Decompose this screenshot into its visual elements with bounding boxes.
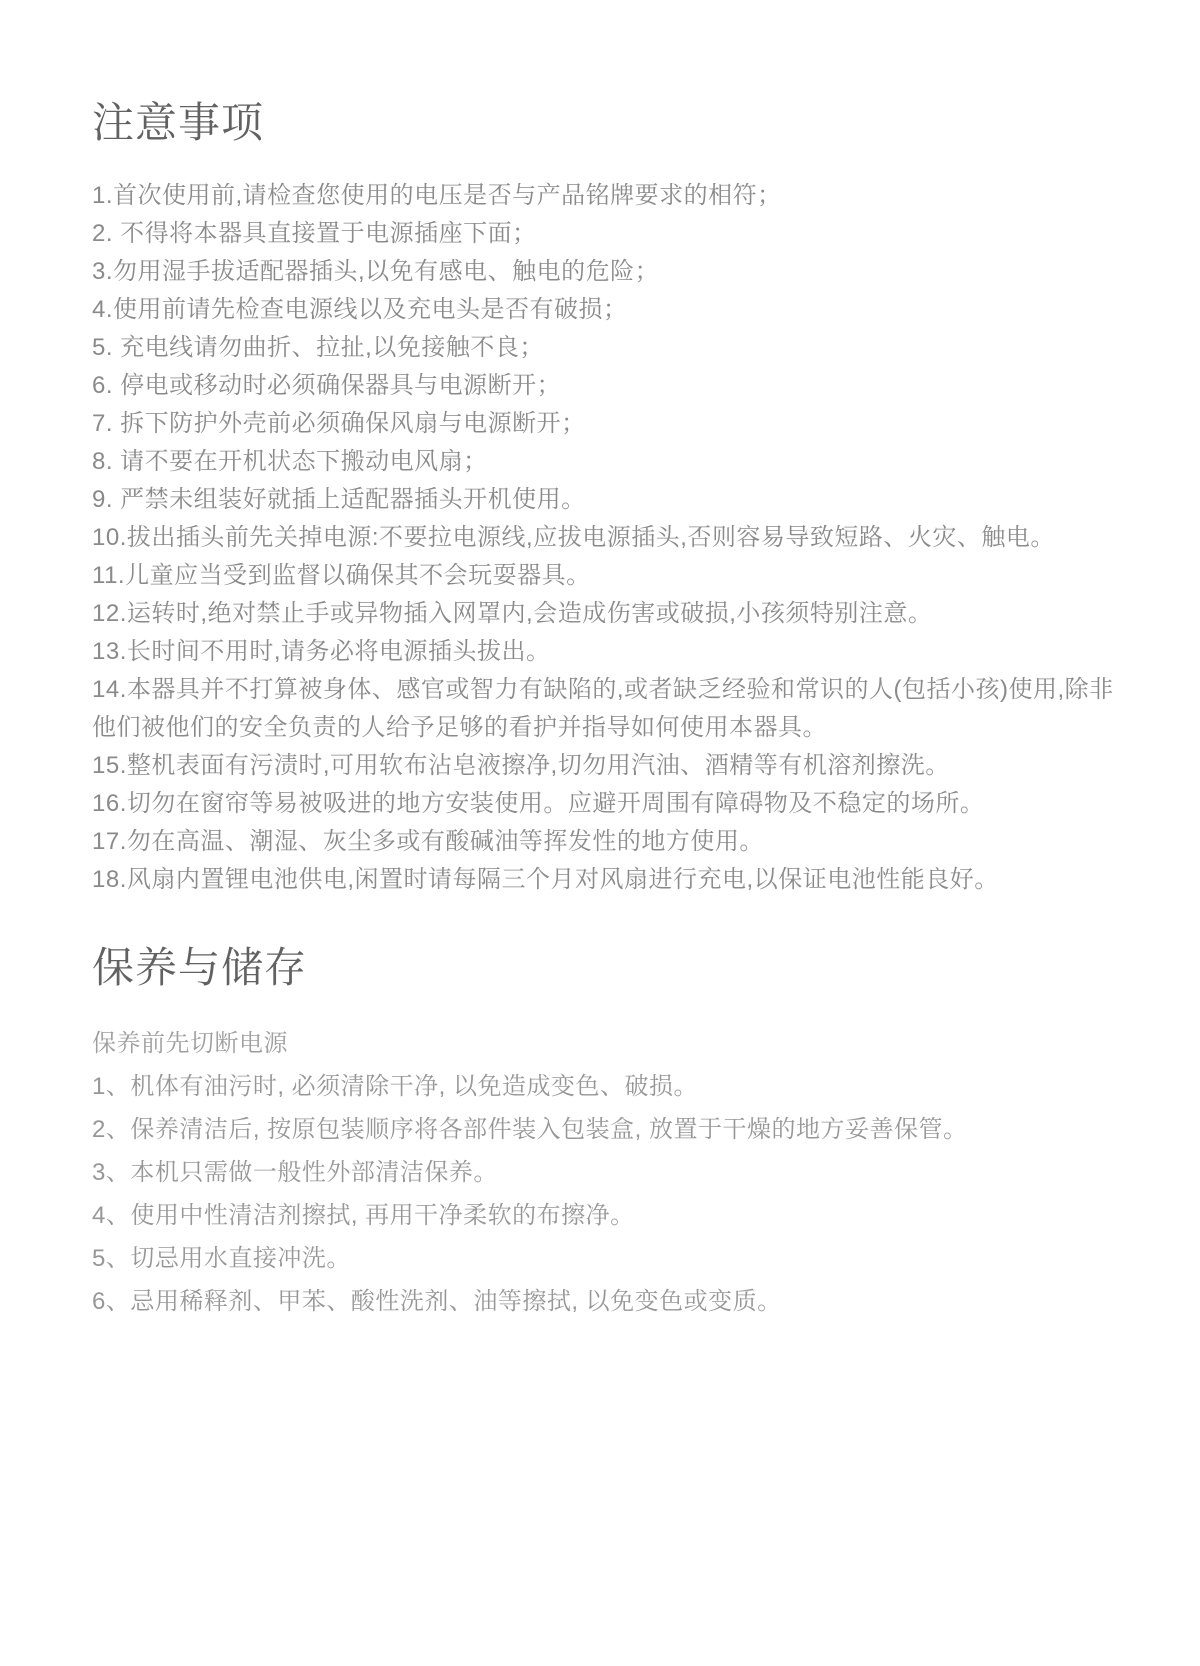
maintenance-title: 保养与储存 — [92, 945, 1132, 991]
maintenance-item: 6、忌用稀释剂、甲苯、酸性洗剂、油等擦拭, 以免变色或变质。 — [92, 1280, 1132, 1323]
precaution-item: 14.本器具并不打算被身体、感官或智力有缺陷的,或者缺乏经验和常识的人(包括小孩… — [92, 671, 1132, 747]
precaution-item: 10.拔出插头前先关掉电源:不要拉电源线,应拔电源插头,否则容易导致短路、火灾、… — [92, 519, 1132, 557]
precaution-item: 2. 不得将本器具直接置于电源插座下面； — [92, 215, 1132, 253]
maintenance-intro: 保养前先切断电源 — [92, 1022, 1132, 1065]
precaution-item: 15.整机表面有污渍时,可用软布沾皂液擦净,切勿用汽油、酒精等有机溶剂擦洗。 — [92, 747, 1132, 785]
precaution-item: 5. 充电线请勿曲折、拉扯,以免接触不良； — [92, 329, 1132, 367]
maintenance-item: 5、切忌用水直接冲洗。 — [92, 1237, 1132, 1280]
precaution-item: 13.长时间不用时,请务必将电源插头拔出。 — [92, 633, 1132, 671]
maintenance-item: 4、使用中性清洁剂擦拭, 再用干净柔软的布擦净。 — [92, 1194, 1132, 1237]
precaution-item: 6. 停电或移动时必须确保器具与电源断开； — [92, 367, 1132, 405]
section-precautions: 注意事项 1.首次使用前,请检查您使用的电压是否与产品铭牌要求的相符；2. 不得… — [92, 100, 1132, 899]
precaution-item: 8. 请不要在开机状态下搬动电风扇； — [92, 443, 1132, 481]
precaution-item: 4.使用前请先检查电源线以及充电头是否有破损； — [92, 291, 1132, 329]
precaution-item: 3.勿用湿手拔适配器插头,以免有感电、触电的危险； — [92, 253, 1132, 291]
section-maintenance: 保养与储存 保养前先切断电源 1、机体有油污时, 必须清除干净, 以免造成变色、… — [92, 945, 1132, 1323]
maintenance-list: 1、机体有油污时, 必须清除干净, 以免造成变色、破损。2、保养清洁后, 按原包… — [92, 1065, 1132, 1323]
precaution-item: 12.运转时,绝对禁止手或异物插入网罩内,会造成伤害或破损,小孩须特别注意。 — [92, 595, 1132, 633]
precaution-item: 11.儿童应当受到监督以确保其不会玩耍器具。 — [92, 557, 1132, 595]
maintenance-item: 1、机体有油污时, 必须清除干净, 以免造成变色、破损。 — [92, 1065, 1132, 1108]
precaution-item: 16.切勿在窗帘等易被吸进的地方安装使用。应避开周围有障碍物及不稳定的场所。 — [92, 785, 1132, 823]
precaution-item: 18.风扇内置锂电池供电,闲置时请每隔三个月对风扇进行充电,以保证电池性能良好。 — [92, 861, 1132, 899]
precautions-list: 1.首次使用前,请检查您使用的电压是否与产品铭牌要求的相符；2. 不得将本器具直… — [92, 177, 1132, 899]
precautions-title: 注意事项 — [92, 100, 1132, 146]
precaution-item: 7. 拆下防护外壳前必须确保风扇与电源断开； — [92, 405, 1132, 443]
precaution-item: 9. 严禁未组装好就插上适配器插头开机使用。 — [92, 481, 1132, 519]
maintenance-item: 3、本机只需做一般性外部清洁保养。 — [92, 1151, 1132, 1194]
maintenance-item: 2、保养清洁后, 按原包装顺序将各部件装入包装盒, 放置于干燥的地方妥善保管。 — [92, 1108, 1132, 1151]
manual-page: 注意事项 1.首次使用前,请检查您使用的电压是否与产品铭牌要求的相符；2. 不得… — [0, 0, 1200, 1666]
precaution-item: 17.勿在高温、潮湿、灰尘多或有酸碱油等挥发性的地方使用。 — [92, 823, 1132, 861]
precaution-item: 1.首次使用前,请检查您使用的电压是否与产品铭牌要求的相符； — [92, 177, 1132, 215]
